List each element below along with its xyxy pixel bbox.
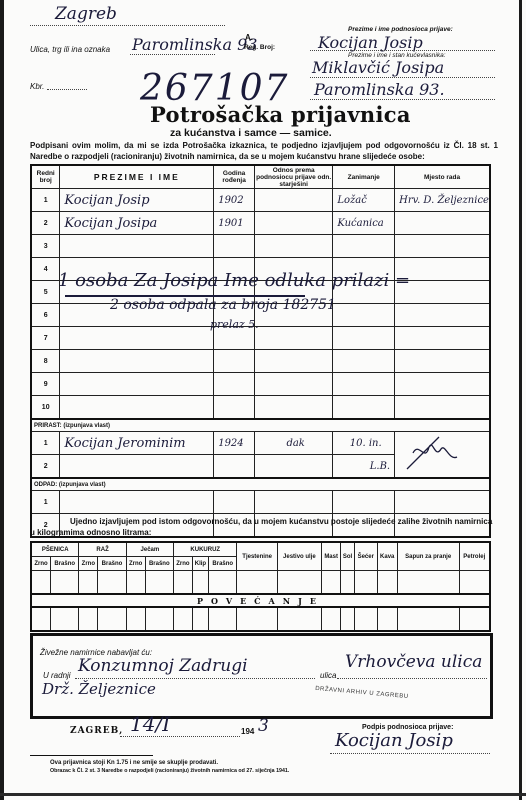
inventory-text: Ujedno izjavljujem pod istom odgovornošć… — [30, 516, 498, 538]
official-signature — [395, 432, 490, 479]
owner-name: Miklavčić Josipa — [312, 58, 444, 77]
col-header-no: Redni broj — [31, 165, 60, 189]
prirast-label: PRIRAST: (izpunjava vlast) — [31, 419, 490, 432]
table-row: 2 Kocijan Josipa 1901 Kućanica — [31, 212, 490, 235]
intro-text: Podpisani ovim molim, da mi se izda Potr… — [30, 140, 498, 162]
street-label: Ulica, trg ili ina oznaka — [30, 45, 110, 54]
group-header: PŠENICA — [31, 542, 79, 557]
supply-street-value: Vrhovčeva ulica — [345, 652, 482, 672]
table-row: 1 Kocijan Josip 1902 Ložač Hrv. D. Želje… — [31, 189, 490, 212]
inventory-values-row — [31, 571, 490, 595]
annotation-line-1: 1 osoba Za Josipa Ime odluka prilazi = — [58, 270, 410, 291]
table-row: 8 — [31, 350, 490, 373]
group-header: Šećer — [354, 542, 377, 571]
subheader: Brašno — [209, 557, 237, 571]
group-header: Sapun za pranje — [397, 542, 459, 571]
scan-edge-right — [519, 0, 522, 800]
row-number: 2 — [31, 455, 60, 479]
form-letter: A. — [245, 33, 253, 42]
col-header-year: Godina rođenja — [214, 165, 255, 189]
house-number-line — [47, 89, 87, 90]
group-header: Sol — [341, 542, 355, 571]
table-row: 1 Kocijan Jerominim 1924 dak 10. in. — [31, 432, 490, 455]
col-header-occupation: Zanimanje — [333, 165, 395, 189]
povecanje-row: POVEĆANJE — [31, 594, 490, 607]
shop-value: Konzumnoj Zadrugi — [78, 656, 248, 676]
row-number: 1 — [31, 432, 60, 455]
regulation-note: Obrazac k Čl. 2 st. 3 Naredbe o razpodje… — [50, 768, 289, 774]
row-workplace: Hrv. D. Željeznice — [395, 189, 490, 212]
footer-rule — [30, 755, 153, 756]
street-line-supply — [337, 678, 487, 679]
scan-edge-bottom — [0, 793, 526, 796]
street-value: Paromlinska 93 — [132, 35, 257, 54]
row-workplace — [395, 212, 490, 235]
col-header-relation: Odnos prema podnosiocu prijave odn. star… — [255, 165, 333, 189]
year-prefix: 194 — [241, 727, 254, 736]
row-occupation: L.B. — [333, 455, 395, 479]
signature-scribble-icon — [399, 433, 469, 473]
row-occupation: Ložač — [333, 189, 395, 212]
row-number: 1 — [31, 189, 60, 212]
annotation-line-3: prelaz 5. — [210, 318, 259, 331]
row-name: Kocijan Josip — [60, 189, 214, 212]
row-number: 10 — [31, 396, 60, 420]
row-relation — [255, 212, 333, 235]
year-suffix: 3 — [258, 716, 269, 736]
table-row: 1 — [31, 491, 490, 514]
subheader: Klip — [192, 557, 208, 571]
table-row: 3 — [31, 235, 490, 258]
annotation-line-2: 2 osoba odpala za broja 182751 — [110, 297, 336, 313]
group-header: KUKURUZ — [174, 542, 237, 557]
col-header-name: PREZIME I IME — [60, 165, 214, 189]
row-occupation: 10. in. — [333, 432, 395, 455]
subheader: Zrno — [31, 557, 50, 571]
table-row: 10 — [31, 396, 490, 420]
date-value: 14/I — [130, 712, 170, 736]
odpad-label: ODPAD: (izpunjava vlast) — [31, 478, 490, 491]
supply-line-2: Drž. Željeznice — [42, 680, 156, 698]
row-occupation: Kućanica — [333, 212, 395, 235]
subheader: Brašno — [145, 557, 173, 571]
row-number: 4 — [31, 258, 60, 281]
row-number: 9 — [31, 373, 60, 396]
group-header: Tjestenine — [237, 542, 277, 571]
subheader: Zrno — [79, 557, 98, 571]
inventory-table: PŠENICA RAŽ Ječam KUKURUZ Tjestenine Jes… — [30, 541, 491, 632]
prirast-section-header: PRIRAST: (izpunjava vlast) — [31, 419, 490, 432]
city-handwritten: Zagreb — [55, 4, 117, 24]
signature-line — [330, 753, 490, 754]
owner-address: Paromlinska 93. — [314, 80, 445, 99]
row-year: 1924 — [214, 432, 255, 455]
row-number: 1 — [31, 491, 60, 514]
signature-value: Kocijan Josip — [335, 730, 453, 751]
group-header: Mast — [322, 542, 341, 571]
row-number: 8 — [31, 350, 60, 373]
row-relation — [255, 189, 333, 212]
applicant-line — [310, 50, 495, 51]
street-label-supply: ulica — [320, 671, 336, 680]
date-line — [120, 736, 240, 737]
owner-address-line — [310, 99, 495, 100]
group-header: Jestivo ulje — [277, 542, 321, 571]
row-number: 3 — [31, 235, 60, 258]
table-header-row: Redni broj PREZIME I IME Godina rođenja … — [31, 165, 490, 189]
shop-label: U radnji — [43, 671, 71, 680]
row-name: Kocijan Jerominim — [60, 432, 214, 455]
row-name: Kocijan Josipa — [60, 212, 214, 235]
city-line — [30, 25, 225, 26]
odpad-section-header: ODPAD: (izpunjava vlast) — [31, 478, 490, 491]
group-header: Ječam — [126, 542, 173, 557]
row-year: 1902 — [214, 189, 255, 212]
price-note: Ova prijavnica stoji Kn 1.75 i ne smije … — [50, 760, 218, 766]
form-title: Potrošačka prijavnica — [150, 102, 411, 127]
row-number: 2 — [31, 212, 60, 235]
group-header: RAŽ — [79, 542, 126, 557]
povecanje-label: POVEĆANJE — [31, 594, 490, 607]
form-subtitle: za kućanstva i samce — samice. — [170, 127, 332, 139]
row-number: 6 — [31, 304, 60, 327]
povecanje-values-row — [31, 607, 490, 631]
col-header-workplace: Mjesto rada — [395, 165, 490, 189]
shop-line — [75, 678, 315, 679]
subheader: Brašno — [50, 557, 78, 571]
row-number: 5 — [31, 281, 60, 304]
street-line — [130, 54, 215, 55]
subheader: Brašno — [98, 557, 126, 571]
household-table: Redni broj PREZIME I IME Godina rođenja … — [30, 164, 491, 538]
house-number-label: Kbr. — [30, 82, 44, 91]
owner-name-line — [310, 77, 495, 78]
supply-box — [30, 633, 493, 719]
subheader: Zrno — [126, 557, 145, 571]
reg-label: Reg. Broj: — [244, 44, 275, 51]
applicant-label: Prezime i ime podnosioca prijave: — [348, 26, 453, 33]
row-relation: dak — [255, 432, 333, 455]
table-row: 9 — [31, 373, 490, 396]
row-number: 7 — [31, 327, 60, 350]
scan-edge-left — [0, 0, 4, 800]
place-label: ZAGREB, — [70, 726, 123, 736]
subheader: Zrno — [174, 557, 193, 571]
inventory-group-row: PŠENICA RAŽ Ječam KUKURUZ Tjestenine Jes… — [31, 542, 490, 557]
table-row: 7 — [31, 327, 490, 350]
group-header: Petrolej — [459, 542, 490, 571]
row-year: 1901 — [214, 212, 255, 235]
group-header: Kava — [377, 542, 397, 571]
